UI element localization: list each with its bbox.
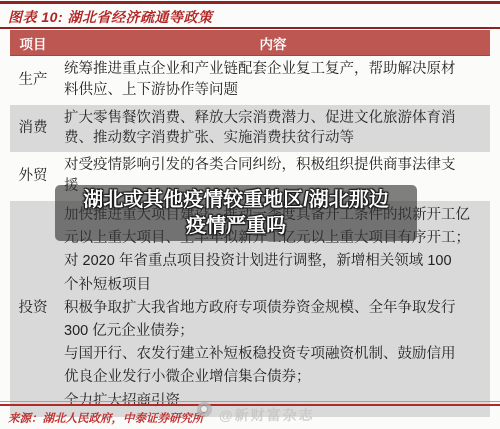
table-header-row: 项目 内容 <box>10 30 490 56</box>
row-label: 外贸 <box>10 152 56 201</box>
header-cell-content: 内容 <box>56 33 490 53</box>
header-cell-item: 项目 <box>10 33 56 53</box>
watermark-text: @新财富杂志 <box>219 405 315 425</box>
weibo-icon <box>197 402 212 417</box>
title-underline-rule <box>0 27 500 29</box>
row-label: 投资 <box>10 201 56 417</box>
question-overlay-line2: 疫情严重吗 <box>186 213 286 239</box>
row-label: 生产 <box>10 56 56 105</box>
row-content: 统筹推进重点企业和产业链配套企业复工复产，帮助解决原材 料供应、上下游协作等问题 <box>56 56 490 105</box>
question-overlay: 湖北或其他疫情较重地区/湖北那边 疫情严重吗 <box>55 185 417 241</box>
table-row-production: 生产 统筹推进重点企业和产业链配套企业复工复产，帮助解决原材 料供应、上下游协作… <box>10 56 490 105</box>
question-overlay-line1: 湖北或其他疫情较重地区/湖北那边 <box>83 187 389 213</box>
bottom-rule-light <box>0 401 500 402</box>
row-label: 消费 <box>10 105 56 152</box>
figure-title: 图表 10: 湖北省经济疏通等政策 <box>8 7 488 27</box>
top-rule <box>0 1 500 4</box>
row-content: 扩大零售餐饮消费、释放大宗消费潜力、促进文化旅游体育消 费、推动数字消费扩张、实… <box>56 105 490 152</box>
table-row-consumption: 消费 扩大零售餐饮消费、释放大宗消费潜力、促进文化旅游体育消 费、推动数字消费扩… <box>10 105 490 152</box>
source-note: 来源：湖北人民政府，中泰证券研究所 <box>8 410 204 426</box>
